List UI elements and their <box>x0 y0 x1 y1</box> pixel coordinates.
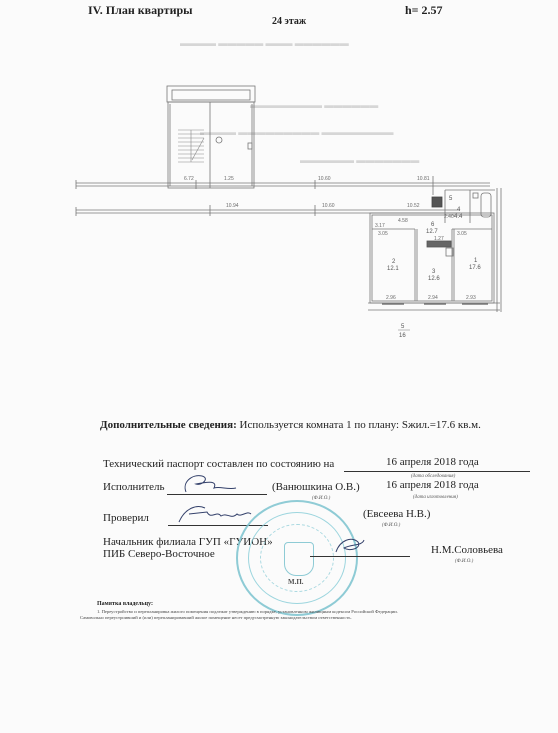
svg-text:3.05: 3.05 <box>457 231 467 237</box>
svg-text:3: 3 <box>432 269 436 275</box>
svg-text:10.52: 10.52 <box>407 203 420 209</box>
document-page: { "header": { "section_title": "IV. План… <box>0 0 558 733</box>
svg-text:3.05: 3.05 <box>378 231 388 237</box>
svg-text:10.60: 10.60 <box>318 176 331 182</box>
coat-of-arms-icon <box>284 542 314 576</box>
production-date-caption: (дата изготовления) <box>413 495 458 500</box>
svg-text:4.4: 4.4 <box>454 214 463 220</box>
svg-text:5: 5 <box>401 324 405 330</box>
svg-text:10.81: 10.81 <box>417 176 430 182</box>
head-label-2: ПИБ Северо-Восточное <box>103 548 215 560</box>
stamp-label: М.П. <box>288 578 304 586</box>
notice-title: Памятка владельцу: <box>97 601 153 607</box>
head-signature <box>330 534 370 556</box>
survey-date: 16 апреля 2018 года <box>386 456 479 468</box>
svg-text:12.6: 12.6 <box>428 276 440 282</box>
svg-text:10.60: 10.60 <box>322 203 335 209</box>
svg-text:4: 4 <box>457 207 461 213</box>
svg-text:16: 16 <box>399 333 406 339</box>
checker-name: (Евсеева Н.В.) <box>363 508 430 520</box>
notice-line-2: Самовольно переустроивший и (или) перепл… <box>80 615 352 620</box>
head-name-caption: (Ф.И.О.) <box>455 559 473 564</box>
additional-info-text: Используется комната 1 по плану: Sжил.=1… <box>240 419 481 431</box>
svg-text:17.6: 17.6 <box>469 265 481 271</box>
svg-text:1.27: 1.27 <box>434 236 444 242</box>
additional-info-label: Дополнительные сведения: <box>100 419 237 431</box>
svg-text:12.1: 12.1 <box>387 266 399 272</box>
svg-text:2.93: 2.93 <box>466 295 476 301</box>
svg-text:6.72: 6.72 <box>184 176 194 182</box>
svg-text:1.25: 1.25 <box>224 176 234 182</box>
official-stamp: М.П. <box>236 500 358 616</box>
svg-text:12.7: 12.7 <box>426 229 438 235</box>
svg-text:2: 2 <box>392 259 396 265</box>
svg-text:6: 6 <box>431 222 435 228</box>
head-signature-line <box>310 556 410 557</box>
compiled-label: Технический паспорт составлен по состоян… <box>103 458 334 470</box>
svg-text:5: 5 <box>449 196 453 202</box>
checker-name-caption: (Ф.И.О.) <box>382 523 400 528</box>
svg-text:10.94: 10.94 <box>226 203 239 209</box>
additional-info: Дополнительные сведения: Используется ко… <box>100 419 481 431</box>
checked-label: Проверил <box>103 512 149 524</box>
svg-text:2.40: 2.40 <box>444 214 454 220</box>
svg-text:3.17: 3.17 <box>375 223 385 229</box>
svg-text:2.96: 2.96 <box>386 295 396 301</box>
svg-text:4.58: 4.58 <box>398 218 408 224</box>
executor-signature <box>180 472 240 494</box>
executor-signature-line <box>167 494 267 495</box>
floor-plan-drawing: 10.94 10.60 10.60 10.81 10.52 6.72 1.25 … <box>0 0 558 340</box>
notice-line-1: 1. Переустройство и перепланировка жилог… <box>97 609 398 614</box>
executor-label: Исполнитель <box>103 481 165 493</box>
svg-text:1: 1 <box>474 258 478 264</box>
head-name: Н.М.Соловьева <box>431 544 503 556</box>
executor-name-caption: (Ф.И.О.) <box>312 496 330 501</box>
survey-date-line <box>344 471 530 472</box>
executor-name: (Ванюшкина О.В.) <box>272 481 360 493</box>
production-date: 16 апреля 2018 года <box>386 479 479 491</box>
svg-text:2.94: 2.94 <box>428 295 438 301</box>
